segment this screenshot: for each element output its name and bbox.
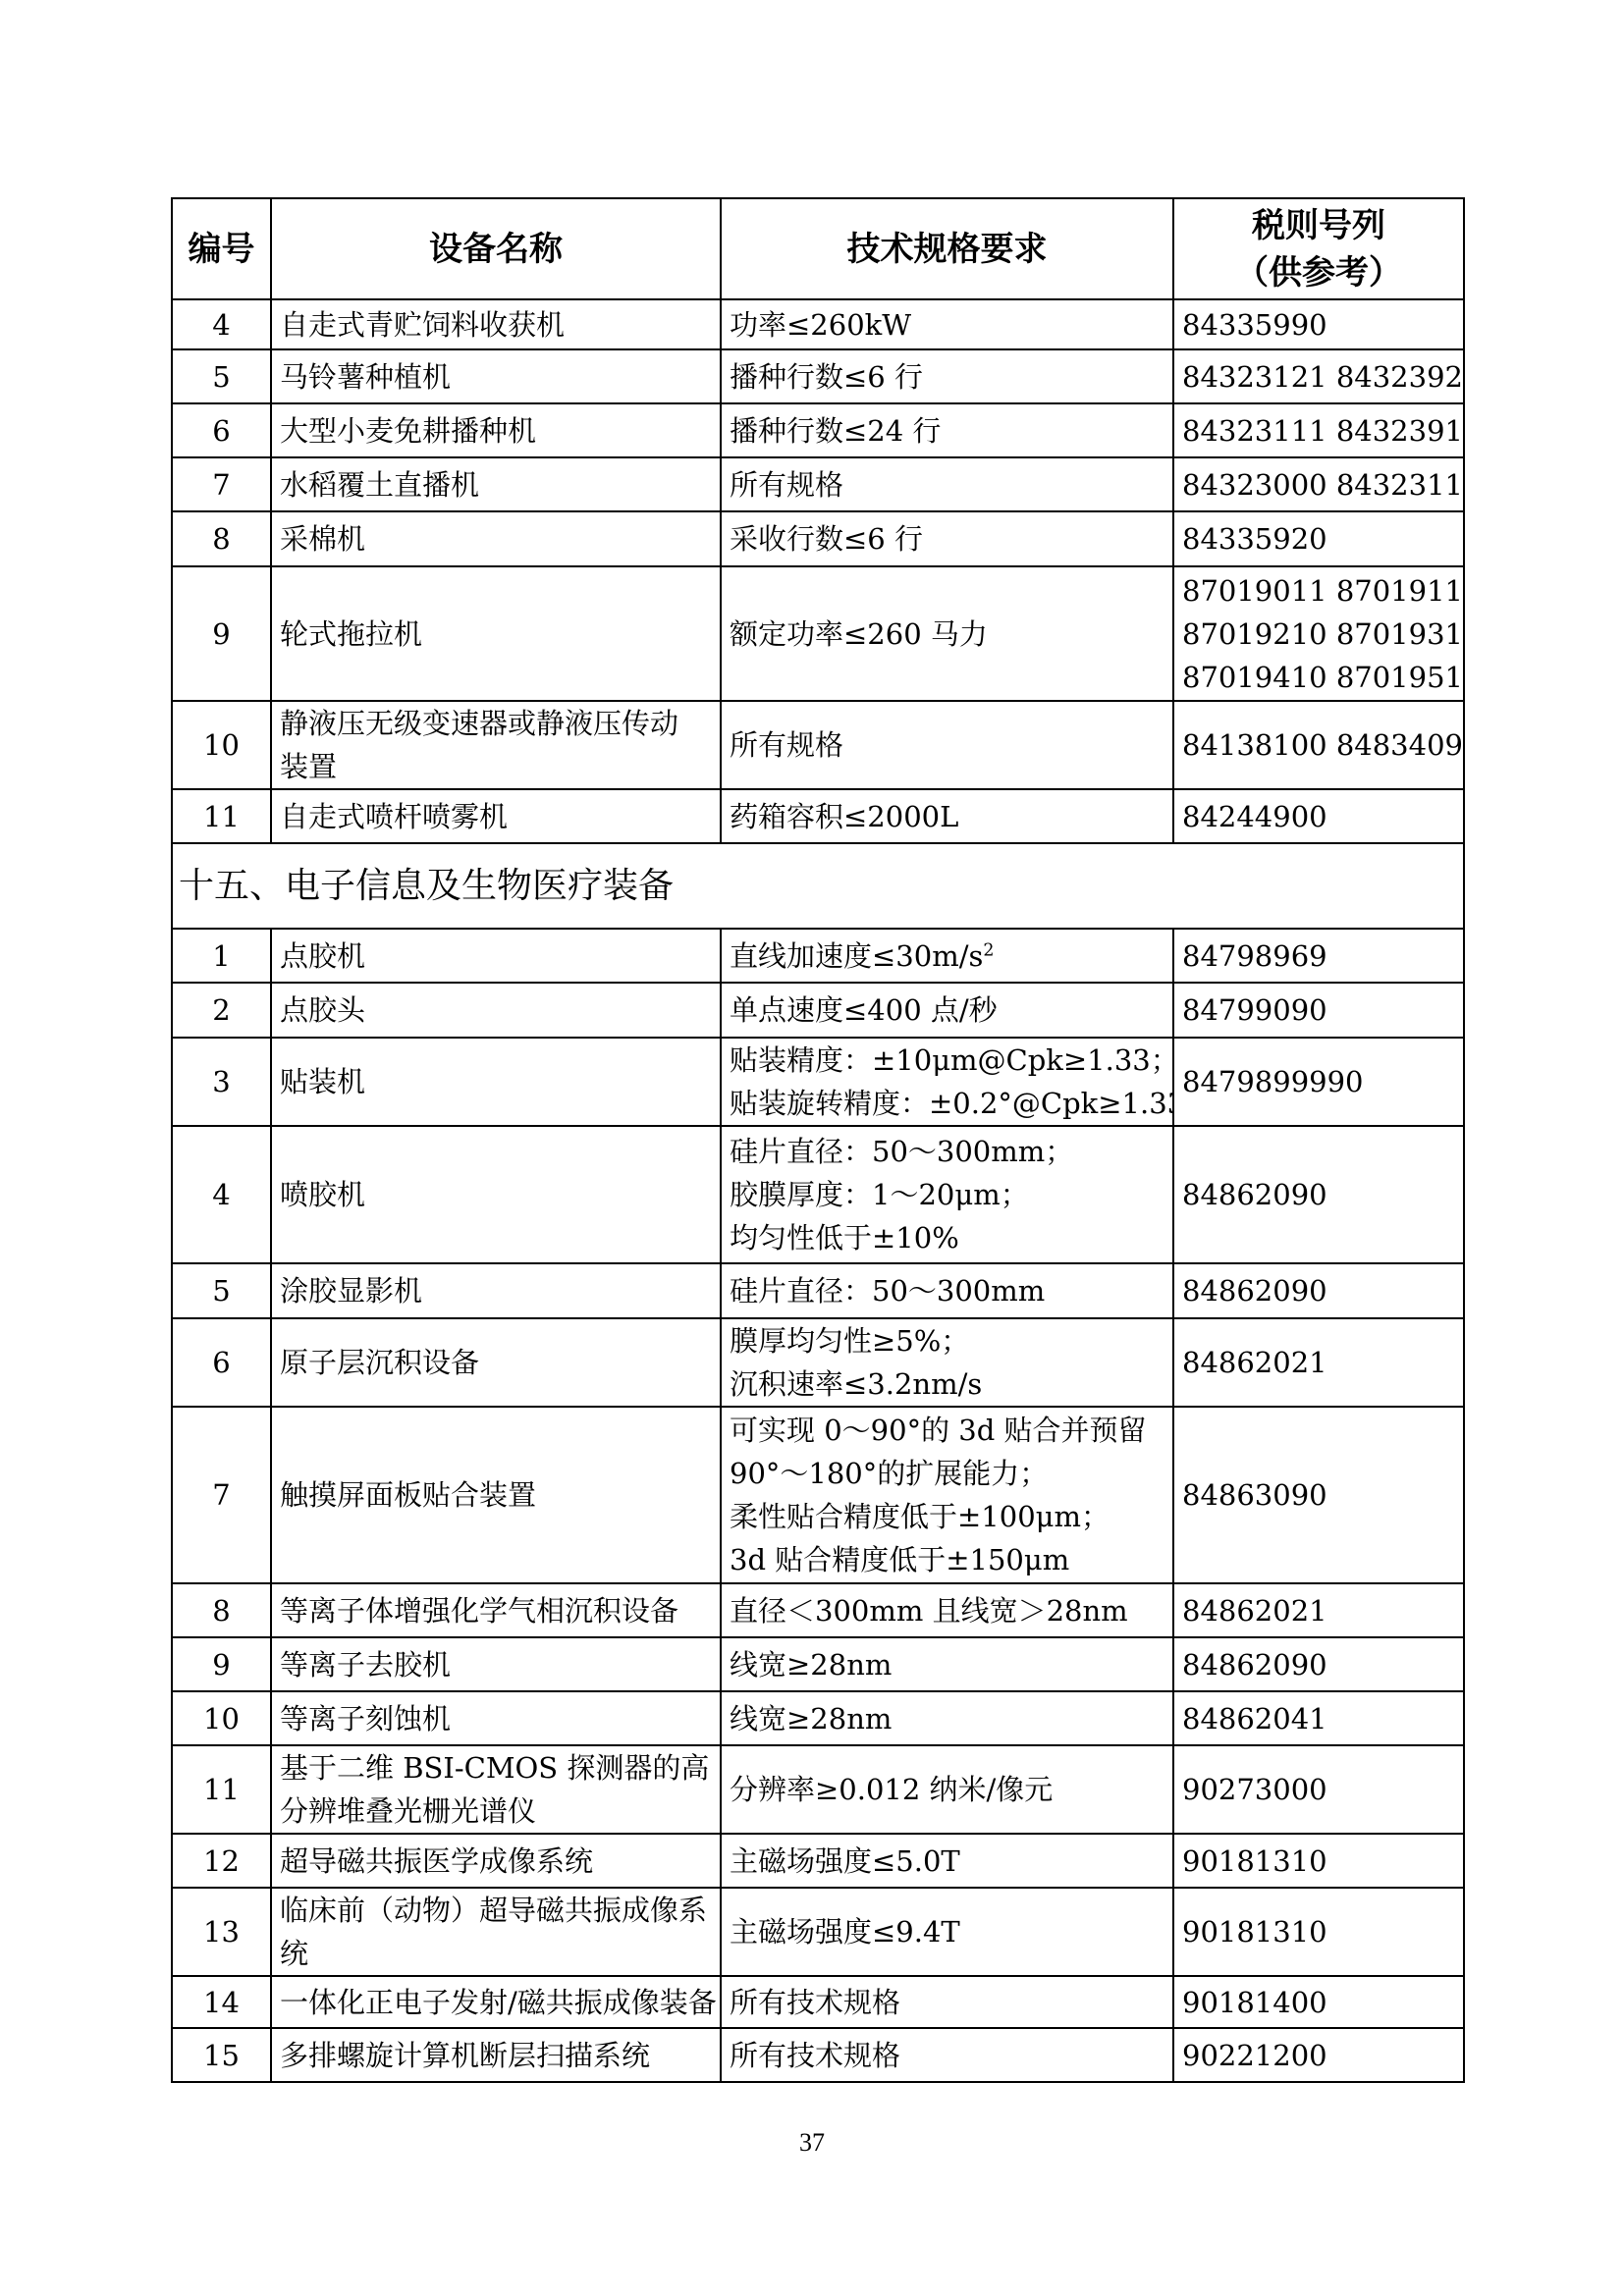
table-row: 8采棉机采收行数≤6 行84335920 xyxy=(172,511,1464,566)
cell-line: 87019410 87019510 xyxy=(1182,656,1455,699)
cell-line: 自走式喷杆喷雾机 xyxy=(280,795,712,838)
cell-spec: 采收行数≤6 行 xyxy=(721,511,1173,566)
cell-line: 90°～180°的扩展能力； xyxy=(730,1452,1164,1495)
cell-line: 84138100 84834090 xyxy=(1182,723,1455,767)
header-code-line2: （供参考） xyxy=(1182,249,1455,296)
table-row: 14一体化正电子发射/磁共振成像装备所有技术规格90181400 xyxy=(172,1976,1464,2028)
cell-spec: 主磁场强度≤5.0T xyxy=(721,1834,1173,1888)
cell-line: 84799090 xyxy=(1182,988,1455,1032)
cell-line: 播种行数≤24 行 xyxy=(730,409,1164,453)
table-row: 10等离子刻蚀机线宽≥28nm84862041 xyxy=(172,1691,1464,1745)
cell-line: 采棉机 xyxy=(280,517,712,561)
cell-line: 线宽≥28nm xyxy=(730,1697,1164,1740)
cell-line: 84335990 xyxy=(1182,303,1455,347)
cell-line: 直径＜300mm 且线宽＞28nm xyxy=(730,1589,1164,1632)
cell-line: 84335920 xyxy=(1182,517,1455,561)
cell-line: 触摸屏面板贴合装置 xyxy=(280,1473,712,1517)
cell-name: 马铃薯种植机 xyxy=(271,349,721,403)
cell-line: 90181310 xyxy=(1182,1840,1455,1883)
cell-line: 静液压无级变速器或静液压传动 xyxy=(280,702,712,745)
cell-line: 90181310 xyxy=(1182,1910,1455,1953)
cell-name: 自走式青贮饲料收获机 xyxy=(271,299,721,349)
table-row: 7触摸屏面板贴合装置可实现 0～90°的 3d 贴合并预留90°～180°的扩展… xyxy=(172,1407,1464,1583)
cell-no: 11 xyxy=(172,789,271,843)
cell-code: 90221200 xyxy=(1173,2028,1464,2082)
cell-line: 胶膜厚度：1～20μm； xyxy=(730,1173,1164,1216)
cell-line: 等离子体增强化学气相沉积设备 xyxy=(280,1589,712,1632)
cell-name: 涂胶显影机 xyxy=(271,1263,721,1318)
cell-line: 84323000 84323111 xyxy=(1182,463,1455,507)
cell-spec: 所有规格 xyxy=(721,701,1173,789)
cell-line: 84862041 xyxy=(1182,1697,1455,1740)
cell-spec: 主磁场强度≤9.4T xyxy=(721,1888,1173,1976)
cell-no: 3 xyxy=(172,1038,271,1126)
cell-line: 90221200 xyxy=(1182,2034,1455,2077)
cell-line: 84863090 xyxy=(1182,1473,1455,1517)
cell-spec: 所有规格 xyxy=(721,457,1173,511)
cell-no: 8 xyxy=(172,511,271,566)
cell-name: 静液压无级变速器或静液压传动装置 xyxy=(271,701,721,789)
header-code: 税则号列 （供参考） xyxy=(1173,198,1464,299)
cell-no: 7 xyxy=(172,1407,271,1583)
cell-line: 分辨堆叠光栅光谱仪 xyxy=(280,1789,712,1833)
cell-line: 分辨率≥0.012 纳米/像元 xyxy=(730,1768,1164,1811)
cell-line: 单点速度≤400 点/秒 xyxy=(730,988,1164,1032)
cell-no: 5 xyxy=(172,349,271,403)
cell-no: 4 xyxy=(172,1126,271,1263)
cell-line: 90273000 xyxy=(1182,1768,1455,1811)
cell-line: 所有规格 xyxy=(730,463,1164,507)
cell-spec: 播种行数≤6 行 xyxy=(721,349,1173,403)
cell-spec: 膜厚均匀性≥5%；沉积速率≤3.2nm/s xyxy=(721,1318,1173,1407)
cell-line: 膜厚均匀性≥5%； xyxy=(730,1319,1164,1362)
cell-line: 贴装精度：±10μm@Cpk≥1.33； xyxy=(730,1039,1164,1082)
cell-line: 所有技术规格 xyxy=(730,1981,1164,2024)
cell-code: 84799090 xyxy=(1173,983,1464,1038)
cell-name: 点胶头 xyxy=(271,983,721,1038)
cell-code: 84323000 84323111 xyxy=(1173,457,1464,511)
cell-no: 4 xyxy=(172,299,271,349)
cell-line: 所有规格 xyxy=(730,723,1164,767)
table-row: 6原子层沉积设备膜厚均匀性≥5%；沉积速率≤3.2nm/s84862021 xyxy=(172,1318,1464,1407)
cell-code: 84862021 xyxy=(1173,1583,1464,1637)
cell-no: 2 xyxy=(172,983,271,1038)
cell-line: 84323111 84323911 xyxy=(1182,409,1455,453)
cell-line: 84244900 xyxy=(1182,795,1455,838)
cell-line: 超导磁共振医学成像系统 xyxy=(280,1840,712,1883)
table-header-row: 编号 设备名称 技术规格要求 税则号列 （供参考） xyxy=(172,198,1464,299)
cell-no: 9 xyxy=(172,1637,271,1691)
table-body-section-b: 1点胶机直线加速度≤30m/s2847989692点胶头单点速度≤400 点/秒… xyxy=(172,929,1464,2082)
cell-no: 7 xyxy=(172,457,271,511)
cell-line: 药箱容积≤2000L xyxy=(730,795,1164,838)
cell-code: 84862090 xyxy=(1173,1263,1464,1318)
cell-line: 自走式青贮饲料收获机 xyxy=(280,303,712,347)
header-spec: 技术规格要求 xyxy=(721,198,1173,299)
table-row: 1点胶机直线加速度≤30m/s284798969 xyxy=(172,929,1464,983)
cell-code: 8479899990 xyxy=(1173,1038,1464,1126)
cell-line: 87019011 87019110 xyxy=(1182,569,1455,613)
cell-name: 多排螺旋计算机断层扫描系统 xyxy=(271,2028,721,2082)
cell-line: 84323121 84323921 xyxy=(1182,355,1455,399)
cell-line: 装置 xyxy=(280,745,712,788)
cell-name: 临床前（动物）超导磁共振成像系统 xyxy=(271,1888,721,1976)
table-row: 11自走式喷杆喷雾机药箱容积≤2000L84244900 xyxy=(172,789,1464,843)
cell-no: 12 xyxy=(172,1834,271,1888)
cell-spec: 贴装精度：±10μm@Cpk≥1.33；贴装旋转精度：±0.2°@Cpk≥1.3… xyxy=(721,1038,1173,1126)
cell-line: 轮式拖拉机 xyxy=(280,613,712,656)
cell-spec: 额定功率≤260 马力 xyxy=(721,566,1173,701)
table-row: 15多排螺旋计算机断层扫描系统所有技术规格90221200 xyxy=(172,2028,1464,2082)
cell-line: 采收行数≤6 行 xyxy=(730,517,1164,561)
cell-line: 84862090 xyxy=(1182,1173,1455,1216)
cell-line: 等离子去胶机 xyxy=(280,1643,712,1686)
cell-code: 90181310 xyxy=(1173,1888,1464,1976)
cell-line: 大型小麦免耕播种机 xyxy=(280,409,712,453)
cell-spec: 硅片直径：50～300mm xyxy=(721,1263,1173,1318)
cell-name: 基于二维 BSI-CMOS 探测器的高分辨堆叠光栅光谱仪 xyxy=(271,1745,721,1834)
cell-name: 等离子刻蚀机 xyxy=(271,1691,721,1745)
cell-line: 统 xyxy=(280,1932,712,1975)
cell-code: 84244900 xyxy=(1173,789,1464,843)
cell-name: 大型小麦免耕播种机 xyxy=(271,403,721,457)
cell-no: 8 xyxy=(172,1583,271,1637)
table-body-section-a: 4自走式青贮饲料收获机功率≤260kW843359905马铃薯种植机播种行数≤6… xyxy=(172,299,1464,843)
cell-spec: 硅片直径：50～300mm；胶膜厚度：1～20μm；均匀性低于±10% xyxy=(721,1126,1173,1263)
cell-code: 84138100 84834090 xyxy=(1173,701,1464,789)
cell-code: 84862090 xyxy=(1173,1637,1464,1691)
cell-spec: 播种行数≤24 行 xyxy=(721,403,1173,457)
cell-spec: 直线加速度≤30m/s2 xyxy=(721,929,1173,983)
table-body-section-title: 十五、电子信息及生物医疗装备 xyxy=(172,843,1464,929)
table-row: 6大型小麦免耕播种机播种行数≤24 行84323111 84323911 xyxy=(172,403,1464,457)
cell-no: 6 xyxy=(172,403,271,457)
cell-no: 13 xyxy=(172,1888,271,1976)
cell-spec: 药箱容积≤2000L xyxy=(721,789,1173,843)
cell-name: 水稻覆土直播机 xyxy=(271,457,721,511)
section-title-row: 十五、电子信息及生物医疗装备 xyxy=(172,843,1464,929)
cell-line: 一体化正电子发射/磁共振成像装备 xyxy=(280,1981,712,2024)
cell-name: 触摸屏面板贴合装置 xyxy=(271,1407,721,1583)
cell-line: 功率≤260kW xyxy=(730,303,1164,347)
page-number: 37 xyxy=(0,2128,1624,2158)
cell-code: 84335990 xyxy=(1173,299,1464,349)
cell-name: 轮式拖拉机 xyxy=(271,566,721,701)
cell-line: 多排螺旋计算机断层扫描系统 xyxy=(280,2034,712,2077)
cell-line: 原子层沉积设备 xyxy=(280,1341,712,1384)
cell-code: 84323121 84323921 xyxy=(1173,349,1464,403)
cell-line: 8479899990 xyxy=(1182,1060,1455,1103)
cell-name: 一体化正电子发射/磁共振成像装备 xyxy=(271,1976,721,2028)
cell-code: 84323111 84323911 xyxy=(1173,403,1464,457)
cell-line: 直线加速度≤30m/s2 xyxy=(730,934,1164,978)
cell-line: 播种行数≤6 行 xyxy=(730,355,1164,399)
cell-code: 90181310 xyxy=(1173,1834,1464,1888)
table-row: 3贴装机贴装精度：±10μm@Cpk≥1.33；贴装旋转精度：±0.2°@Cpk… xyxy=(172,1038,1464,1126)
cell-code: 87019011 8701911087019210 87019310870194… xyxy=(1173,566,1464,701)
cell-name: 原子层沉积设备 xyxy=(271,1318,721,1407)
cell-code: 84335920 xyxy=(1173,511,1464,566)
cell-code: 90273000 xyxy=(1173,1745,1464,1834)
cell-line: 硅片直径：50～300mm； xyxy=(730,1130,1164,1173)
cell-line: 84798969 xyxy=(1182,934,1455,978)
cell-line: 84862021 xyxy=(1182,1589,1455,1632)
cell-line: 84862090 xyxy=(1182,1643,1455,1686)
cell-name: 采棉机 xyxy=(271,511,721,566)
cell-no: 9 xyxy=(172,566,271,701)
cell-code: 84862090 xyxy=(1173,1126,1464,1263)
cell-code: 84798969 xyxy=(1173,929,1464,983)
equipment-table: 编号 设备名称 技术规格要求 税则号列 （供参考） 4自走式青贮饲料收获机功率≤… xyxy=(171,197,1465,2083)
cell-name: 等离子去胶机 xyxy=(271,1637,721,1691)
cell-code: 84862041 xyxy=(1173,1691,1464,1745)
table-row: 4自走式青贮饲料收获机功率≤260kW84335990 xyxy=(172,299,1464,349)
cell-line: 等离子刻蚀机 xyxy=(280,1697,712,1740)
cell-no: 14 xyxy=(172,1976,271,2028)
cell-line: 84862090 xyxy=(1182,1269,1455,1312)
cell-no: 1 xyxy=(172,929,271,983)
table-row: 7水稻覆土直播机所有规格84323000 84323111 xyxy=(172,457,1464,511)
cell-name: 等离子体增强化学气相沉积设备 xyxy=(271,1583,721,1637)
table-row: 9轮式拖拉机额定功率≤260 马力87019011 87019110870192… xyxy=(172,566,1464,701)
cell-line: 涂胶显影机 xyxy=(280,1269,712,1312)
cell-spec: 单点速度≤400 点/秒 xyxy=(721,983,1173,1038)
cell-spec: 线宽≥28nm xyxy=(721,1691,1173,1745)
cell-no: 5 xyxy=(172,1263,271,1318)
cell-spec: 所有技术规格 xyxy=(721,1976,1173,2028)
cell-line: 临床前（动物）超导磁共振成像系 xyxy=(280,1889,712,1932)
cell-no: 10 xyxy=(172,1691,271,1745)
cell-spec: 功率≤260kW xyxy=(721,299,1173,349)
cell-line: 马铃薯种植机 xyxy=(280,355,712,399)
cell-spec: 直径＜300mm 且线宽＞28nm xyxy=(721,1583,1173,1637)
cell-code: 90181400 xyxy=(1173,1976,1464,2028)
cell-no: 6 xyxy=(172,1318,271,1407)
cell-name: 喷胶机 xyxy=(271,1126,721,1263)
cell-spec: 所有技术规格 xyxy=(721,2028,1173,2082)
cell-name: 点胶机 xyxy=(271,929,721,983)
cell-line: 可实现 0～90°的 3d 贴合并预留 xyxy=(730,1409,1164,1452)
cell-line: 沉积速率≤3.2nm/s xyxy=(730,1362,1164,1406)
cell-line: 所有技术规格 xyxy=(730,2034,1164,2077)
cell-line: 基于二维 BSI-CMOS 探测器的高 xyxy=(280,1746,712,1789)
section-title: 十五、电子信息及生物医疗装备 xyxy=(172,843,1464,929)
cell-line: 84862021 xyxy=(1182,1341,1455,1384)
cell-line: 点胶头 xyxy=(280,988,712,1032)
cell-spec: 分辨率≥0.012 纳米/像元 xyxy=(721,1745,1173,1834)
header-no: 编号 xyxy=(172,198,271,299)
table-row: 11基于二维 BSI-CMOS 探测器的高分辨堆叠光栅光谱仪分辨率≥0.012 … xyxy=(172,1745,1464,1834)
header-code-line1: 税则号列 xyxy=(1182,202,1455,249)
cell-no: 11 xyxy=(172,1745,271,1834)
table-row: 5马铃薯种植机播种行数≤6 行84323121 84323921 xyxy=(172,349,1464,403)
table-row: 5涂胶显影机硅片直径：50～300mm84862090 xyxy=(172,1263,1464,1318)
cell-line: 硅片直径：50～300mm xyxy=(730,1269,1164,1312)
header-name: 设备名称 xyxy=(271,198,721,299)
cell-line: 柔性贴合精度低于±100μm； xyxy=(730,1495,1164,1538)
cell-line: 贴装机 xyxy=(280,1060,712,1103)
cell-code: 84863090 xyxy=(1173,1407,1464,1583)
cell-line: 点胶机 xyxy=(280,934,712,978)
cell-name: 自走式喷杆喷雾机 xyxy=(271,789,721,843)
table-row: 12超导磁共振医学成像系统主磁场强度≤5.0T90181310 xyxy=(172,1834,1464,1888)
cell-line: 3d 贴合精度低于±150μm xyxy=(730,1538,1164,1581)
table-row: 13临床前（动物）超导磁共振成像系统主磁场强度≤9.4T90181310 xyxy=(172,1888,1464,1976)
cell-line: 90181400 xyxy=(1182,1981,1455,2024)
table-row: 9等离子去胶机线宽≥28nm84862090 xyxy=(172,1637,1464,1691)
cell-spec: 线宽≥28nm xyxy=(721,1637,1173,1691)
cell-line: 线宽≥28nm xyxy=(730,1643,1164,1686)
cell-line: 均匀性低于±10% xyxy=(730,1216,1164,1259)
cell-name: 贴装机 xyxy=(271,1038,721,1126)
cell-name: 超导磁共振医学成像系统 xyxy=(271,1834,721,1888)
cell-line: 水稻覆土直播机 xyxy=(280,463,712,507)
cell-no: 10 xyxy=(172,701,271,789)
cell-line: 喷胶机 xyxy=(280,1173,712,1216)
table-row: 10静液压无级变速器或静液压传动装置所有规格84138100 84834090 xyxy=(172,701,1464,789)
cell-line: 主磁场强度≤5.0T xyxy=(730,1840,1164,1883)
table-row: 4喷胶机硅片直径：50～300mm；胶膜厚度：1～20μm；均匀性低于±10%8… xyxy=(172,1126,1464,1263)
cell-code: 84862021 xyxy=(1173,1318,1464,1407)
cell-no: 15 xyxy=(172,2028,271,2082)
cell-spec: 可实现 0～90°的 3d 贴合并预留90°～180°的扩展能力；柔性贴合精度低… xyxy=(721,1407,1173,1583)
table-row: 8等离子体增强化学气相沉积设备直径＜300mm 且线宽＞28nm84862021 xyxy=(172,1583,1464,1637)
cell-line: 贴装旋转精度：±0.2°@Cpk≥1.33 xyxy=(730,1082,1164,1125)
cell-line: 87019210 87019310 xyxy=(1182,613,1455,656)
cell-line: 额定功率≤260 马力 xyxy=(730,613,1164,656)
table-row: 2点胶头单点速度≤400 点/秒84799090 xyxy=(172,983,1464,1038)
cell-line: 主磁场强度≤9.4T xyxy=(730,1910,1164,1953)
